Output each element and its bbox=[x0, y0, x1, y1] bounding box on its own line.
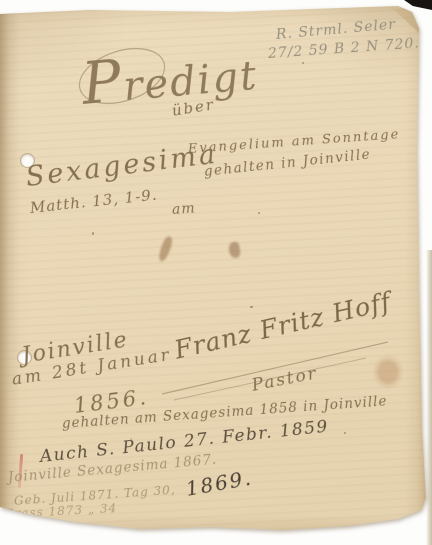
fox-speck bbox=[92, 232, 94, 235]
dogear-fold bbox=[393, 6, 420, 34]
fox-speck bbox=[344, 432, 346, 434]
ink-smudge bbox=[228, 241, 242, 259]
scan-background: R. Strml. Seler 27/2 59 B 2 N 720. Predi… bbox=[0, 0, 432, 545]
fox-speck bbox=[258, 212, 260, 214]
fox-speck bbox=[250, 306, 253, 308]
fox-speck bbox=[302, 62, 304, 64]
note-1869: 1869. bbox=[184, 466, 254, 501]
paper-wrap: R. Strml. Seler 27/2 59 B 2 N 720. Predi… bbox=[0, 0, 432, 545]
title-predigt: Predigt bbox=[79, 35, 260, 118]
word-sexagesima: Sexagesima bbox=[24, 139, 220, 193]
ink-smudge bbox=[157, 235, 174, 263]
word-am: am bbox=[171, 200, 196, 218]
paper-sheet: R. Strml. Seler 27/2 59 B 2 N 720. Predi… bbox=[0, 0, 432, 545]
